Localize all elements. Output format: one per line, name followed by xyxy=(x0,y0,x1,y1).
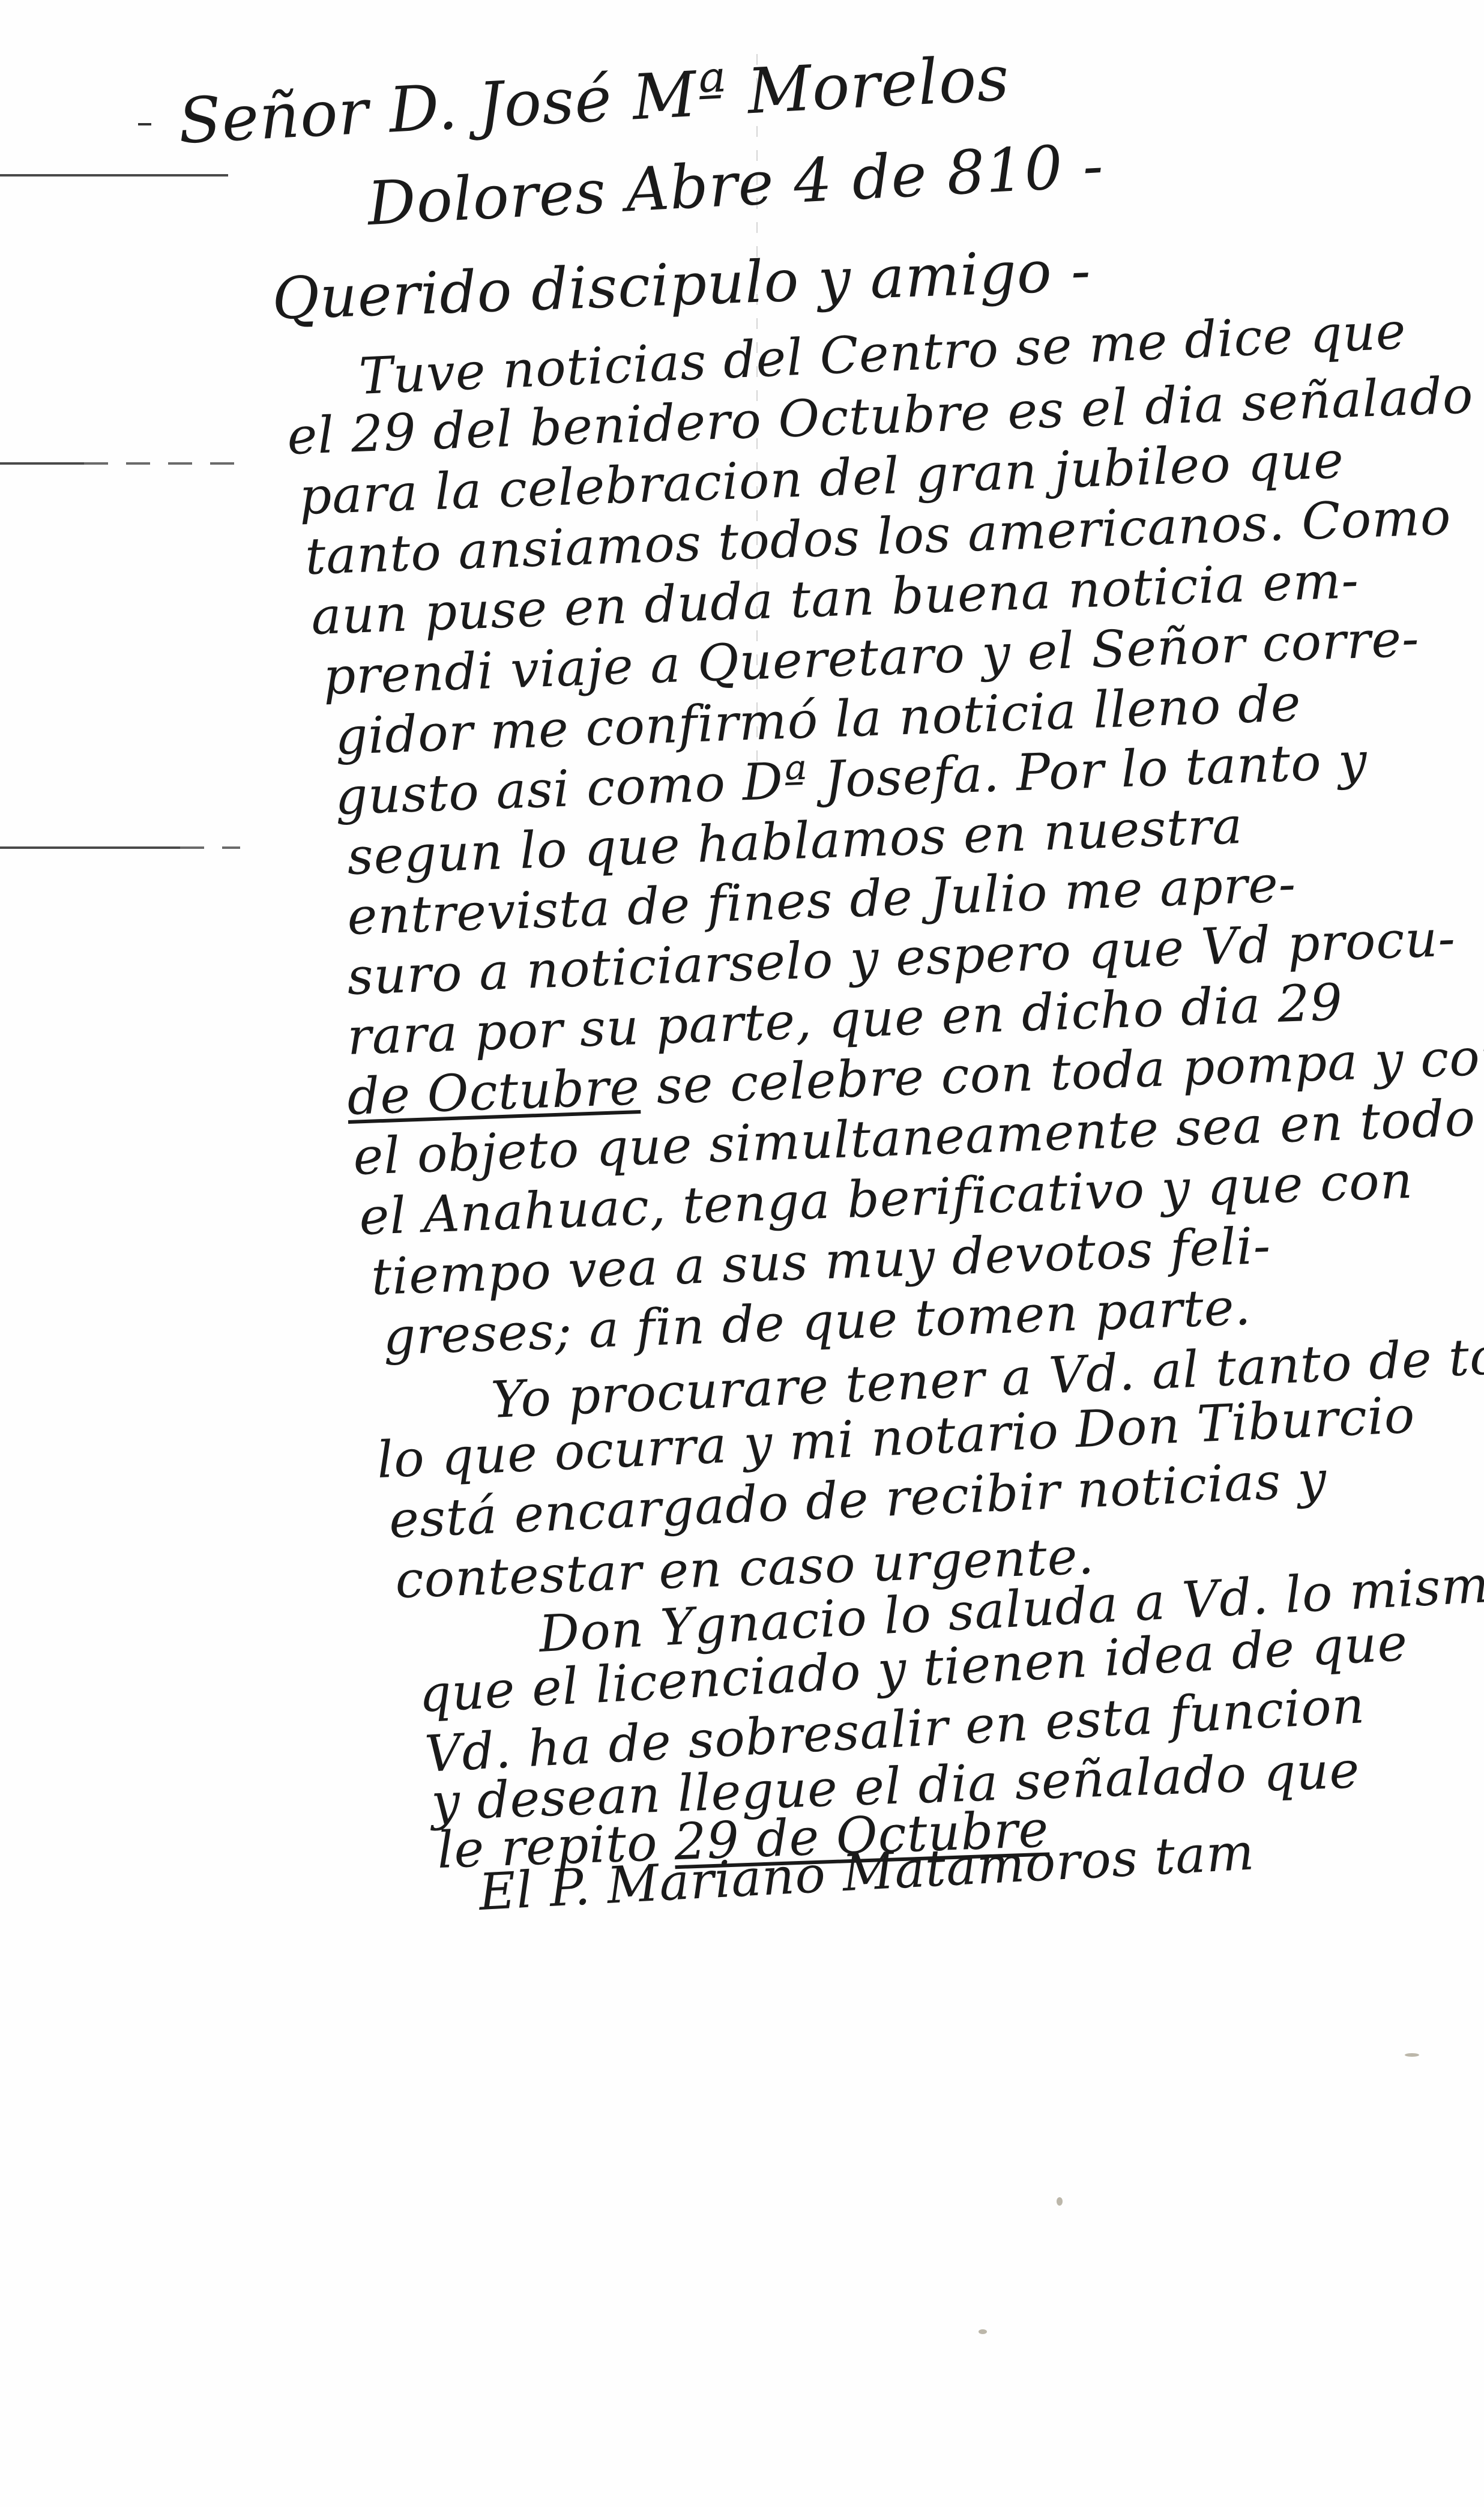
addressee-line: Señor D. José Mª Morelos xyxy=(177,47,1011,152)
paper-speck xyxy=(979,2329,987,2334)
fold-line-left-1 xyxy=(0,462,84,465)
underlined-month: de Octubre xyxy=(346,1057,641,1126)
fold-line-left-2 xyxy=(0,846,180,849)
fold-line-left-1-dashed xyxy=(84,462,240,465)
paper-speck xyxy=(1057,2197,1063,2206)
salutation-line: Querido discipulo y amigo - xyxy=(271,241,1092,328)
place-date-line: Dolores Abre 4 de 810 - xyxy=(366,136,1105,234)
paper-speck xyxy=(1405,2053,1419,2057)
fold-line-top xyxy=(0,174,228,176)
letter-page: Señor D. José Mª Morelos Dolores Abre 4 … xyxy=(0,0,1484,2507)
fold-line-left-2-dashed xyxy=(180,846,240,849)
margin-tick xyxy=(138,123,151,125)
